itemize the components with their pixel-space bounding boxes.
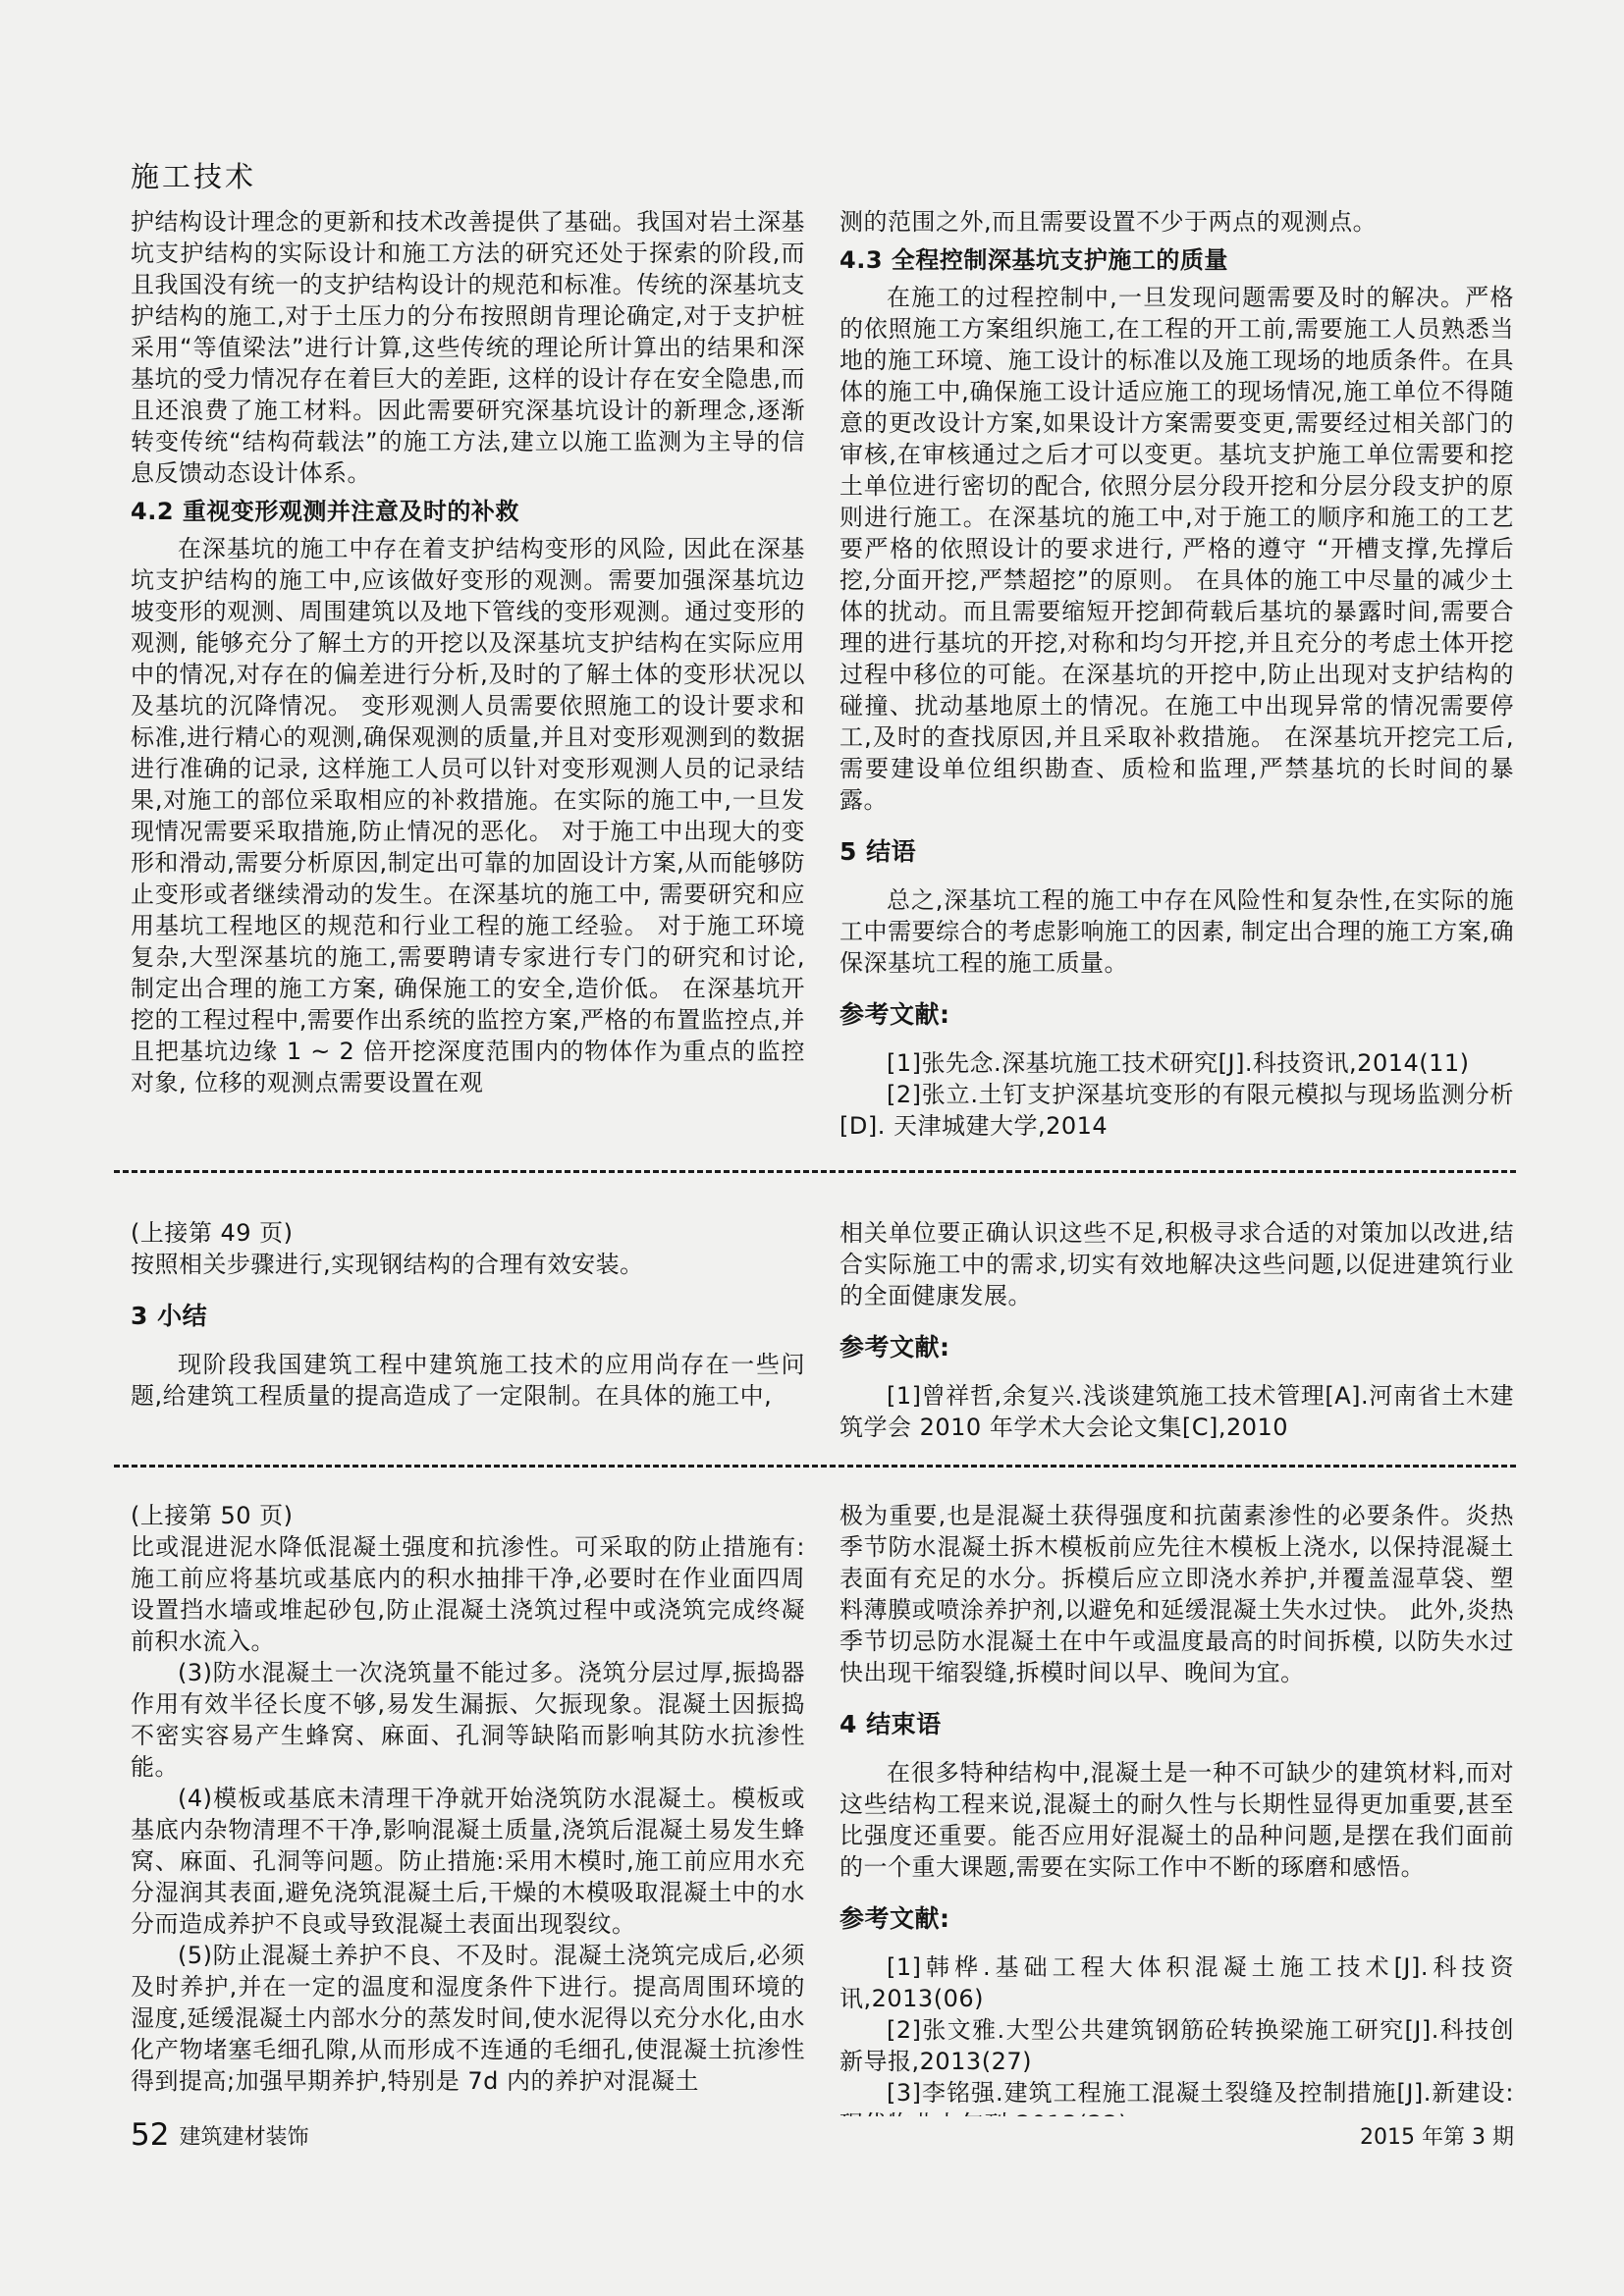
journal-name: 建筑建材装饰 [179, 2125, 308, 2151]
continuation-note: (上接第 50 页) [131, 1500, 805, 1531]
paragraph: 按照相关步骤进行,实现钢结构的合理有效安装。 [131, 1249, 805, 1280]
article-divider [114, 1170, 1516, 1173]
page-number: 52 [131, 2120, 169, 2151]
paragraph: 测的范围之外,而且需要设置不少于两点的观测点。 [839, 206, 1514, 238]
reference-item: [3]李铭强.建筑工程施工混凝土裂缝及控制措施[J].新建设:现代物业上旬刊,2… [839, 2077, 1514, 2116]
article-2-section: (上接第 49 页)按照相关步骤进行,实现钢结构的合理有效安装。3 小结现阶段我… [131, 1217, 1514, 1448]
paragraph: 在很多特种结构中,混凝土是一种不可缺少的建筑材料,而对这些结构工程来说,混凝土的… [839, 1757, 1514, 1883]
page-footer: 52 建筑建材装饰 2015 年第 3 期 [131, 2120, 1514, 2151]
paragraph: 比或混进泥水降低混凝土强度和抗渗性。可采取的防止措施有:施工前应将基坑或基底内的… [131, 1531, 805, 1657]
article-3-section: (上接第 50 页)比或混进泥水降低混凝土强度和抗渗性。可采取的防止措施有:施工… [131, 1500, 1514, 2116]
paragraph: (5)防止混凝土养护不良、不及时。混凝土浇筑完成后,必须及时养护,并在一定的温度… [131, 1940, 805, 2097]
article-2-left-column: (上接第 49 页)按照相关步骤进行,实现钢结构的合理有效安装。3 小结现阶段我… [131, 1217, 805, 1448]
article-1-right-column: 测的范围之外,而且需要设置不少于两点的观测点。4.3 全程控制深基坑支护施工的质… [839, 206, 1514, 1163]
section-heading: 4 结束语 [839, 1709, 1514, 1740]
article-2-right-column: 相关单位要正确认识这些不足,积极寻求合适的对策加以改进,结合实际施工中的需求,切… [839, 1217, 1514, 1448]
journal-page: 施工技术 护结构设计理念的更新和技术改善提供了基础。我国对岩土深基坑支护结构的实… [0, 0, 1624, 2296]
section-heading: 参考文献: [839, 999, 1514, 1031]
section-heading: 3 小结 [131, 1301, 805, 1332]
section-heading: 5 结语 [839, 836, 1514, 868]
reference-item: [2]张文雅.大型公共建筑钢筋砼转换梁施工研究[J].科技创新导报,2013(2… [839, 2014, 1514, 2077]
article-divider [114, 1465, 1516, 1468]
section-heading: 参考文献: [839, 1332, 1514, 1363]
page-title: 施工技术 [131, 155, 256, 195]
section-heading: 4.3 全程控制深基坑支护施工的质量 [839, 244, 1514, 276]
paragraph: 在施工的过程控制中,一旦发现问题需要及时的解决。严格的依照施工方案组织施工,在工… [839, 282, 1514, 816]
paragraph: 总之,深基坑工程的施工中存在风险性和复杂性,在实际的施工中需要综合的考虑影响施工… [839, 884, 1514, 979]
paragraph: 在深基坑的施工中存在着支护结构变形的风险, 因此在深基坑支护结构的施工中,应该做… [131, 533, 805, 1098]
paragraph: (4)模板或基底未清理干净就开始浇筑防水混凝土。模板或基底内杂物清理不干净,影响… [131, 1783, 805, 1940]
reference-item: [2]张立.土钉支护深基坑变形的有限元模拟与现场监测分析[D]. 天津城建大学,… [839, 1079, 1514, 1142]
article-3-left-column: (上接第 50 页)比或混进泥水降低混凝土强度和抗渗性。可采取的防止措施有:施工… [131, 1500, 805, 2116]
paragraph: 相关单位要正确认识这些不足,积极寻求合适的对策加以改进,结合实际施工中的需求,切… [839, 1217, 1514, 1311]
reference-item: [1]张先念.深基坑施工技术研究[J].科技资讯,2014(11) [839, 1047, 1514, 1079]
article-3-right-column: 极为重要,也是混凝土获得强度和抗菌素渗性的必要条件。炎热季节防水混凝土拆木模板前… [839, 1500, 1514, 2116]
reference-item: [1]曾祥哲,余复兴.浅谈建筑施工技术管理[A].河南省土木建筑学会 2010 … [839, 1380, 1514, 1443]
paragraph: 极为重要,也是混凝土获得强度和抗菌素渗性的必要条件。炎热季节防水混凝土拆木模板前… [839, 1500, 1514, 1688]
section-heading: 参考文献: [839, 1903, 1514, 1935]
article-1-section: 护结构设计理念的更新和技术改善提供了基础。我国对岩土深基坑支护结构的实际设计和施… [131, 206, 1514, 1163]
reference-item: [1]韩桦.基础工程大体积混凝土施工技术[J].科技资讯,2013(06) [839, 1951, 1514, 2014]
paragraph: (3)防水混凝土一次浇筑量不能过多。浇筑分层过厚,振捣器作用有效半径长度不够,易… [131, 1657, 805, 1783]
issue-label: 2015 年第 3 期 [1360, 2125, 1514, 2151]
paragraph: 护结构设计理念的更新和技术改善提供了基础。我国对岩土深基坑支护结构的实际设计和施… [131, 206, 805, 489]
paragraph: 现阶段我国建筑工程中建筑施工技术的应用尚存在一些问题,给建筑工程质量的提高造成了… [131, 1349, 805, 1412]
continuation-note: (上接第 49 页) [131, 1217, 805, 1249]
section-heading: 4.2 重视变形观测并注意及时的补救 [131, 496, 805, 527]
footer-left: 52 建筑建材装饰 [131, 2120, 308, 2151]
article-1-left-column: 护结构设计理念的更新和技术改善提供了基础。我国对岩土深基坑支护结构的实际设计和施… [131, 206, 805, 1163]
